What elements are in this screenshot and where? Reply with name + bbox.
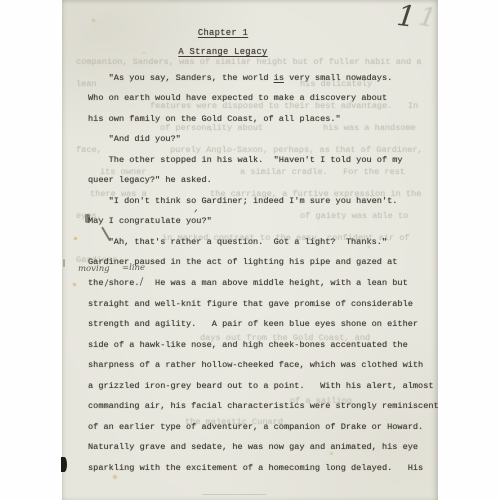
handwritten-insert-line-suffix: =line xyxy=(122,263,145,273)
typed-text: very small nowadays. xyxy=(284,73,392,83)
typed-line: sharpness of a rather hollow-cheeked fac… xyxy=(88,355,448,376)
typed-text: "As you say, Sanders, the world xyxy=(88,73,274,83)
foxing-spot xyxy=(74,237,77,240)
foxing-spot xyxy=(143,52,145,54)
foxing-spot xyxy=(368,246,370,248)
typed-line: Naturally grave and sedate, he was now g… xyxy=(88,437,448,458)
typed-line: strength and agility. A pair of keen blu… xyxy=(88,314,448,335)
typed-line: queer legacy?" he asked. xyxy=(88,170,448,191)
typed-line: a grizzled iron-grey beard out to a poin… xyxy=(88,376,448,397)
typed-line: straight and well-knit figure that gave … xyxy=(88,294,448,315)
handwritten-comma: , xyxy=(194,200,198,214)
ink-smudge-mark xyxy=(85,214,90,223)
foxing-spot xyxy=(102,348,104,350)
typed-line-first: "As you say, Sanders, the world is very … xyxy=(88,68,448,89)
chapter-heading: Chapter 1 xyxy=(62,27,384,39)
typed-line: his own family on the Gold Coast, of all… xyxy=(88,109,448,130)
typed-line: "And did you?" xyxy=(88,129,448,150)
manuscript-page: companion, Sanders, was of similar heigh… xyxy=(62,0,438,500)
ghost-underline-mark xyxy=(202,494,266,495)
typed-line: May I congratulate you?" xyxy=(88,211,448,232)
page-headings: Chapter 1 A Strange Legacy xyxy=(62,27,384,58)
title-heading: A Strange Legacy xyxy=(62,46,384,58)
manuscript-photo: companion, Sanders, was of similar heigh… xyxy=(0,0,500,500)
foxing-spot xyxy=(73,283,76,286)
typed-line: The other stopped in his walk. "Haven't … xyxy=(88,150,448,171)
handwritten-page-number: 1 xyxy=(395,0,417,32)
typed-line: "I don't think so Gardiner; indeed I'm s… xyxy=(88,191,448,212)
typed-line: Who on earth would have expected to make… xyxy=(88,88,448,109)
typed-body: "As you say, Sanders, the world is very … xyxy=(88,68,448,479)
foxing-spot xyxy=(330,452,333,455)
typed-line: side of a hawk-like nose, and high cheek… xyxy=(88,335,448,356)
underlined-word: is xyxy=(274,73,284,83)
edge-ink-dash xyxy=(63,259,65,267)
typed-line: "Ah, that's rather a question. Got a lig… xyxy=(88,232,448,253)
edge-ink-blot xyxy=(61,457,67,472)
foxing-spot xyxy=(210,129,212,131)
ghost-text-fragment: companion, Sanders, was of similar heigh… xyxy=(76,57,422,67)
foxing-spot xyxy=(113,475,117,479)
handwritten-insert-moving: moving xyxy=(78,264,110,274)
typed-line: sparkling with the excitement of a homec… xyxy=(88,458,448,479)
typed-line: of an earlier type of adventurer, a comp… xyxy=(88,417,448,438)
typed-line: commanding air, his facial characteristi… xyxy=(88,396,448,417)
foxing-spot xyxy=(92,19,95,22)
